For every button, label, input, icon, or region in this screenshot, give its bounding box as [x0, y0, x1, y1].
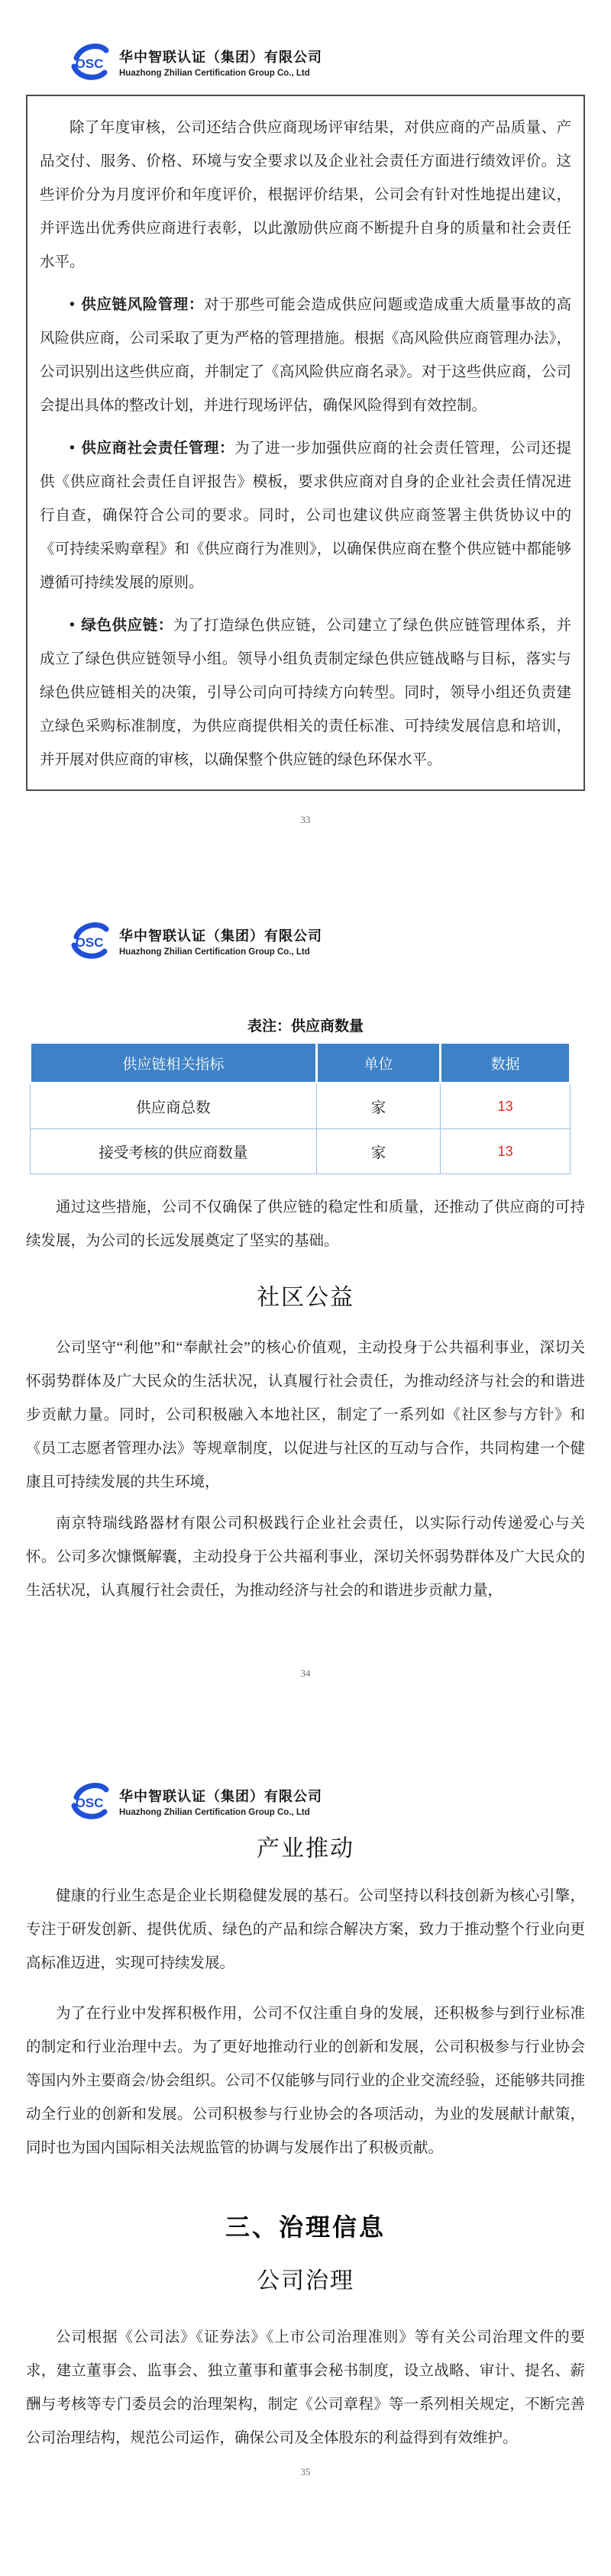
logo-letters: OSC — [76, 935, 104, 950]
company-name-cn: 华中智联认证（集团）有限公司 — [119, 925, 322, 945]
page-35: OSC 华中智联认证（集团）有限公司 Huazhong Zhilian Cert… — [0, 1775, 611, 2576]
suppliers-table: 供应链相关指标 单位 数据 供应商总数 家 13 接受考核的供应商数量 家 13 — [29, 1041, 571, 1174]
document-canvas: OSC 华中智联认证（集团）有限公司 Huazhong Zhilian Cert… — [0, 0, 611, 2576]
page-number: 34 — [26, 1667, 585, 1680]
table-header-data: 数据 — [441, 1043, 571, 1083]
chapter-heading-governance-info: 三、治理信息 — [26, 2208, 585, 2243]
table-caption: 表注：供应商数量 — [26, 1015, 585, 1035]
page-33: OSC 华中智联认证（集团）有限公司 Huazhong Zhilian Cert… — [0, 0, 611, 916]
paragraph-measures-summary: 通过这些措施，公司不仅确保了供应链的稳定性和质量，还推动了供应商的可持续发展，为… — [26, 1191, 585, 1258]
table-header-row: 供应链相关指标 单位 数据 — [31, 1043, 571, 1083]
document-header: OSC 华中智联认证（集团）有限公司 Huazhong Zhilian Cert… — [70, 1779, 585, 1823]
paragraph-industry-participation: 为了在行业中发挥积极作用，公司不仅注重自身的发展，还积极参与到行业标准的制定和行… — [26, 1997, 585, 2165]
company-name-en: Huazhong Zhilian Certification Group Co.… — [119, 947, 322, 957]
section-heading-industry-promotion: 产业推动 — [26, 1829, 585, 1863]
company-name-en: Huazhong Zhilian Certification Group Co.… — [119, 69, 322, 78]
table-cell-value: 13 — [441, 1083, 571, 1129]
table-cell-unit: 家 — [316, 1083, 441, 1129]
page-number: 33 — [26, 814, 585, 826]
table-row-total-suppliers: 供应商总数 家 13 — [31, 1083, 571, 1129]
company-logo-icon: OSC — [70, 1782, 110, 1820]
company-names: 华中智联认证（集团）有限公司 Huazhong Zhilian Certific… — [119, 1786, 322, 1817]
table-header-unit: 单位 — [316, 1043, 441, 1083]
bullet-text: 对于那些可能会造成供应问题或造成重大质量事故的高风险供应商，公司采取了更为严格的… — [40, 297, 571, 414]
bullet-item-supplier-csr: •供应商社会责任管理：为了进一步加强供应商的社会责任管理，公司还提供《供应商社会… — [40, 432, 571, 600]
bullet-item-green-supply-chain: •绿色供应链：为了打造绿色供应链，公司建立了绿色供应链管理体系，并成立了绿色供应… — [40, 609, 571, 777]
document-header: OSC 华中智联认证（集团）有限公司 Huazhong Zhilian Cert… — [70, 40, 585, 84]
bullet-item-risk-management: •供应链风险管理：对于那些可能会造成供应问题或造成重大质量事故的高风险供应商，公… — [40, 289, 571, 423]
body-text-box: 除了年度审核，公司还结合供应商现场评审结果，对供应商的产品质量、产品交付、服务、… — [26, 95, 585, 791]
bullet-dot: • — [70, 618, 75, 634]
table-cell-unit: 家 — [316, 1129, 441, 1174]
section-heading-community-welfare: 社区公益 — [26, 1278, 585, 1312]
logo-letters: OSC — [76, 1796, 104, 1810]
bullet-dot: • — [70, 441, 75, 457]
bullet-label: 供应商社会责任管理： — [81, 441, 234, 457]
paragraph-community-values: 公司坚守“利他”和“奉献社会”的核心价值观，主动投身于公共福利事业，深切关怀弱势… — [26, 1332, 585, 1499]
company-names: 华中智联认证（集团）有限公司 Huazhong Zhilian Certific… — [119, 47, 322, 78]
section-heading-corporate-governance: 公司治理 — [26, 2261, 585, 2295]
company-logo-icon: OSC — [70, 43, 110, 81]
paragraph-governance-structure: 公司根据《公司法》《证券法》《上市公司治理准则》等有关公司治理文件的要求，建立董… — [26, 2321, 585, 2455]
company-name-cn: 华中智联认证（集团）有限公司 — [119, 47, 322, 66]
bullet-label: 绿色供应链： — [81, 618, 173, 634]
table-cell-indicator: 供应商总数 — [31, 1083, 317, 1129]
company-name-en: Huazhong Zhilian Certification Group Co.… — [119, 1808, 322, 1817]
company-name-cn: 华中智联认证（集团）有限公司 — [119, 1786, 322, 1806]
paragraph-supplier-evaluation: 除了年度审核，公司还结合供应商现场评审结果，对供应商的产品质量、产品交付、服务、… — [40, 111, 571, 279]
bullet-dot: • — [70, 297, 75, 313]
company-logo-icon: OSC — [70, 922, 110, 960]
paragraph-industry-ecosystem: 健康的行业生态是企业长期稳健发展的基石。公司坚持以科技创新为核心引擎，专注于研发… — [26, 1880, 585, 1980]
table-header-indicator: 供应链相关指标 — [31, 1043, 317, 1083]
table-cell-value: 13 — [441, 1129, 571, 1174]
bullet-text: 为了打造绿色供应链，公司建立了绿色供应链管理体系，并成立了绿色供应链领导小组。领… — [40, 618, 571, 768]
table-cell-indicator: 接受考核的供应商数量 — [31, 1129, 317, 1174]
bullet-label: 供应链风险管理： — [81, 297, 204, 313]
bullet-text: 为了进一步加强供应商的社会责任管理，公司还提供《供应商社会责任自评报告》模板，要… — [40, 441, 571, 591]
document-header: OSC 华中智联认证（集团）有限公司 Huazhong Zhilian Cert… — [70, 918, 585, 963]
page-34: OSC 华中智联认证（集团）有限公司 Huazhong Zhilian Cert… — [0, 916, 611, 1775]
paragraph-nanjing-terui: 南京特瑞线路器材有限公司积极践行企业社会责任，以实际行动传递爱心与关怀。公司多次… — [26, 1507, 585, 1608]
page-number: 35 — [26, 2466, 585, 2478]
company-names: 华中智联认证（集团）有限公司 Huazhong Zhilian Certific… — [119, 925, 322, 957]
logo-letters: OSC — [76, 56, 104, 71]
table-row-assessed-suppliers: 接受考核的供应商数量 家 13 — [31, 1129, 571, 1174]
